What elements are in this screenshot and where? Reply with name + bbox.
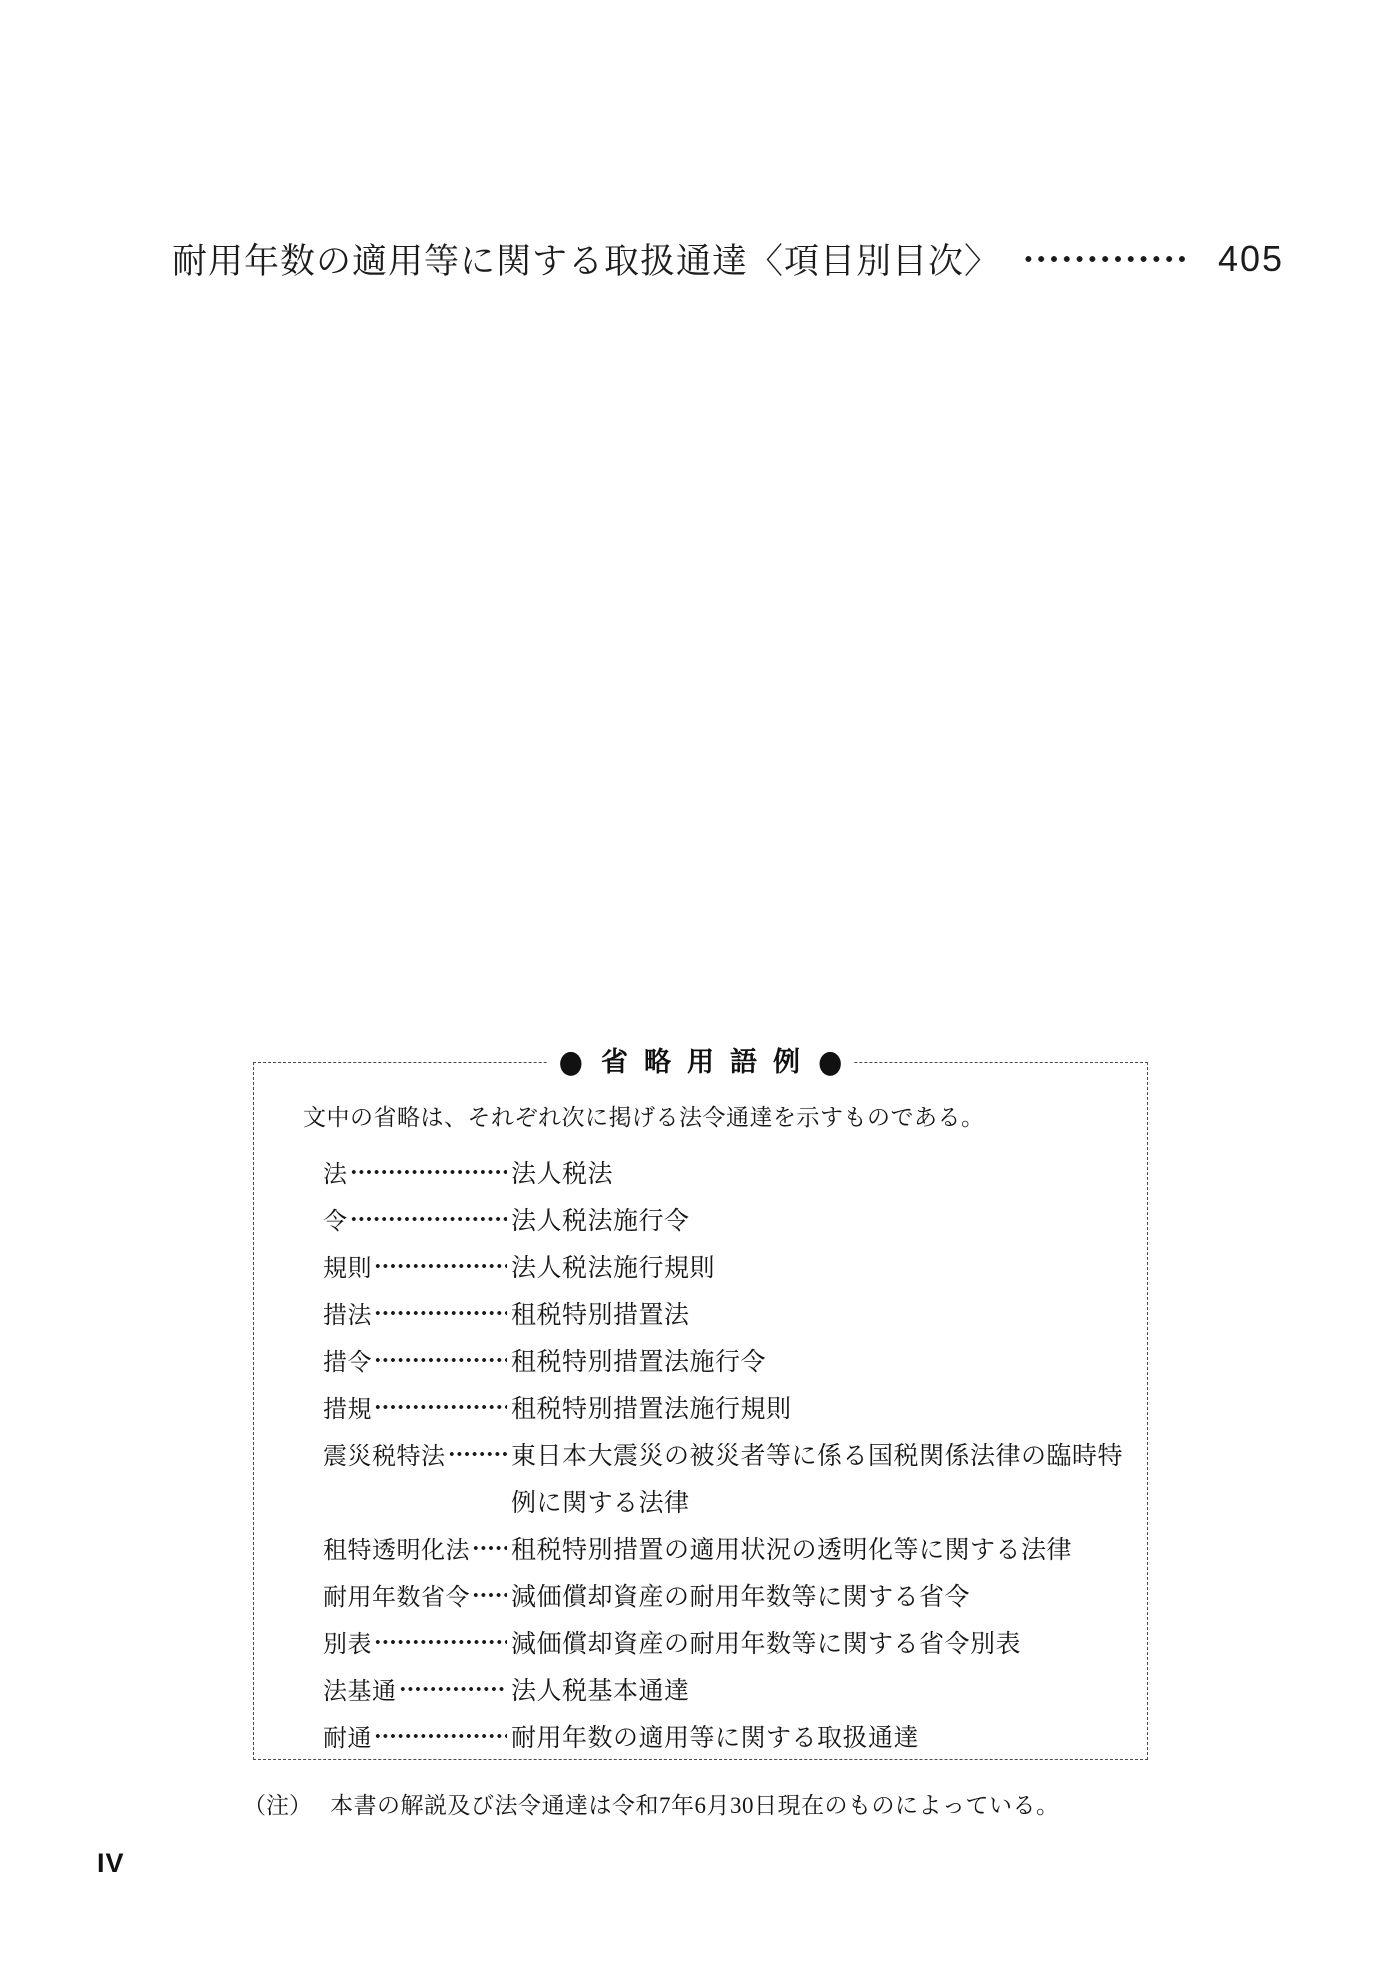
toc-page-number: 405	[1218, 238, 1284, 280]
glossary-definition: 租税特別措置の適用状況の透明化等に関する法律	[511, 1530, 1072, 1566]
glossary-term: 法基通	[323, 1671, 397, 1706]
toc-entry-title: 耐用年数の適用等に関する取扱通達〈項目別目次〉	[172, 234, 1000, 284]
glossary-definition: 租税特別措置法	[511, 1295, 690, 1331]
leader-dots-icon	[373, 1306, 507, 1320]
glossary-title: 省略用語例	[601, 1046, 816, 1078]
glossary-row: 法基通 法人税基本通達	[323, 1665, 1133, 1712]
leader-dots-icon	[373, 1729, 507, 1743]
leader-dots-icon	[373, 1635, 507, 1649]
glossary-row: 措法 租税特別措置法	[323, 1289, 1133, 1336]
glossary-definition: 耐用年数の適用等に関する取扱通達	[511, 1718, 919, 1754]
glossary-term: 措規	[323, 1389, 372, 1424]
glossary-intro: 文中の省略は、それぞれ次に掲げる法令通達を示すものである。	[303, 1099, 1127, 1132]
glossary-row: 措規 租税特別措置法施行規則	[323, 1383, 1133, 1430]
glossary-definition: 法人税基本通達	[511, 1671, 690, 1707]
glossary-row: 措令 租税特別措置法施行令	[323, 1336, 1133, 1383]
glossary-definition: 減価償却資産の耐用年数等に関する省令	[511, 1577, 970, 1613]
glossary-header: ● 省略用語例 ●	[547, 1046, 855, 1078]
glossary-row: 租特透明化法 租税特別措置の適用状況の透明化等に関する法律	[323, 1524, 1133, 1571]
leader-dots-icon	[349, 1165, 508, 1179]
leader-dots-icon	[349, 1212, 508, 1226]
glossary-definition: 法人税法施行令	[511, 1201, 690, 1237]
bullet-icon: ●	[559, 1044, 583, 1080]
leader-dots-icon	[373, 1400, 507, 1414]
note-text: 本書の解説及び法令通達は令和7年6月30日現在のものによっている。	[330, 1787, 1060, 1820]
leader-dots-icon	[373, 1353, 507, 1367]
glossary-term: 租特透明化法	[323, 1530, 470, 1565]
glossary-term: 別表	[323, 1624, 372, 1659]
note-label: （注）	[243, 1787, 312, 1820]
note-line: （注） 本書の解説及び法令通達は令和7年6月30日現在のものによっている。	[243, 1787, 1060, 1820]
glossary-term: 措法	[323, 1295, 372, 1330]
glossary-row: 耐用年数省令 減価償却資産の耐用年数等に関する省令	[323, 1571, 1133, 1618]
bullet-icon: ●	[818, 1044, 842, 1080]
glossary-box: ● 省略用語例 ● 文中の省略は、それぞれ次に掲げる法令通達を示すものである。 …	[253, 1062, 1148, 1760]
glossary-row: 別表 減価償却資産の耐用年数等に関する省令別表	[323, 1618, 1133, 1665]
glossary-term: 耐通	[323, 1718, 372, 1753]
glossary-term: 耐用年数省令	[323, 1577, 470, 1612]
page-number: IV	[97, 1848, 125, 1879]
glossary-definition: 減価償却資産の耐用年数等に関する省令別表	[511, 1624, 1021, 1660]
leader-dots-icon	[447, 1447, 508, 1461]
glossary-definition: 東日本大震災の被災者等に係る国税関係法律の臨時特	[511, 1436, 1123, 1472]
glossary-row: 令 法人税法施行令	[323, 1195, 1133, 1242]
glossary-definition: 法人税法施行規則	[511, 1248, 715, 1284]
toc-entry: 耐用年数の適用等に関する取扱通達〈項目別目次〉 405	[172, 234, 1262, 284]
glossary-term: 措令	[323, 1342, 372, 1377]
leader-dots-icon	[471, 1541, 507, 1555]
glossary-definition: 法人税法	[511, 1154, 613, 1190]
glossary-row: 耐通 耐用年数の適用等に関する取扱通達	[323, 1712, 1133, 1759]
leader-dots-icon	[471, 1588, 507, 1602]
glossary-definition: 例に関する法律	[511, 1483, 690, 1519]
glossary-term: 規則	[323, 1248, 372, 1283]
glossary-term: 令	[323, 1201, 348, 1236]
glossary-row: 法 法人税法	[323, 1148, 1133, 1195]
glossary-row: 規則 法人税法施行規則	[323, 1242, 1133, 1289]
toc-leader-dots-icon	[1022, 253, 1188, 265]
glossary-term: 法	[323, 1154, 348, 1189]
glossary-term: 震災税特法	[323, 1436, 446, 1471]
glossary-row: 震災税特法 東日本大震災の被災者等に係る国税関係法律の臨時特	[323, 1430, 1133, 1477]
glossary-definition: 租税特別措置法施行規則	[511, 1389, 792, 1425]
leader-dots-icon	[373, 1259, 507, 1273]
glossary-list: 法 法人税法 令 法人税法施行令 規則 法人税法施行規則 措法 租税特別措置法 …	[323, 1148, 1133, 1759]
leader-dots-icon	[398, 1682, 508, 1696]
glossary-row-continuation: 例に関する法律	[323, 1477, 1133, 1524]
glossary-definition: 租税特別措置法施行令	[511, 1342, 766, 1378]
